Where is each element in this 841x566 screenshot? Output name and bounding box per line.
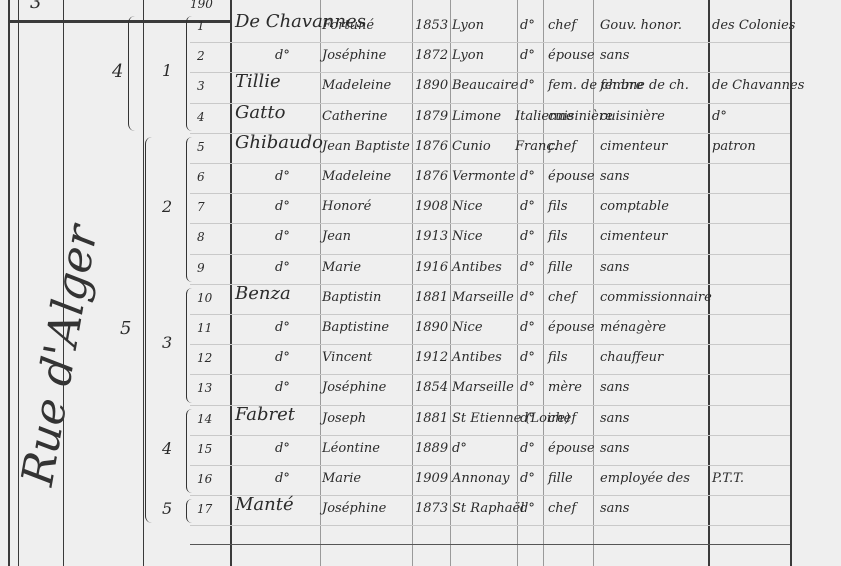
cell-surname: d° xyxy=(275,441,290,457)
column-rule xyxy=(18,0,19,566)
street-name: Rue d'Alger xyxy=(9,203,111,507)
cell-job: comptable xyxy=(600,199,669,215)
cell-rel: épouse xyxy=(548,48,595,64)
cell-first: Baptistin xyxy=(322,290,381,306)
cell-place: St Raphaël xyxy=(452,501,524,517)
cell-year: 1909 xyxy=(415,471,448,487)
row-rule xyxy=(190,374,790,375)
cell-first: Joseph xyxy=(322,411,366,427)
cell-employer: des Colonies xyxy=(712,18,795,34)
cell-rel: chef xyxy=(548,18,576,34)
cell-job: employée des xyxy=(600,471,690,487)
cell-place: Lyon xyxy=(452,48,484,64)
column-rule xyxy=(63,0,64,566)
cell-rel: chef xyxy=(548,139,576,155)
cell-first: Baptistine xyxy=(322,320,389,336)
cell-rel: chef xyxy=(548,290,576,306)
cell-job: sans xyxy=(600,169,629,185)
cell-first: Vincent xyxy=(322,350,372,366)
cell-surname: d° xyxy=(275,48,290,64)
cell-surname: d° xyxy=(275,471,290,487)
cell-year: 1873 xyxy=(415,501,448,517)
cell-nat: d° xyxy=(520,501,535,517)
cell-nat: d° xyxy=(520,229,535,245)
cell-year: 1854 xyxy=(415,380,448,396)
cell-job: sans xyxy=(600,501,629,517)
row-rule xyxy=(190,163,790,164)
cell-place: Nice xyxy=(452,229,483,245)
cell-year: 1890 xyxy=(415,78,448,94)
cell-place: Limone xyxy=(452,109,501,125)
cell-n: 7 xyxy=(197,199,205,215)
cell-nat: d° xyxy=(520,320,535,336)
cell-year: 1912 xyxy=(415,350,448,366)
cell-year: 1908 xyxy=(415,199,448,215)
cell-first: Madeleine xyxy=(322,78,391,94)
cell-surname: d° xyxy=(275,320,290,336)
cell-n: 17 xyxy=(197,501,212,517)
cell-job: sans xyxy=(600,411,629,427)
cell-rel: chef xyxy=(548,411,576,427)
cell-year: 1889 xyxy=(415,441,448,457)
house-number: 4 xyxy=(112,61,123,82)
cell-year: 1881 xyxy=(415,290,448,306)
cell-year: 1876 xyxy=(415,139,448,155)
cell-first: Catherine xyxy=(322,109,387,125)
cell-surname: d° xyxy=(275,380,290,396)
cell-employer: patron xyxy=(712,139,756,155)
cell-first: Marie xyxy=(322,471,361,487)
cell-nat: d° xyxy=(520,380,535,396)
household-brace xyxy=(186,499,192,523)
cell-n: 2 xyxy=(197,48,205,64)
cell-job: cimenteur xyxy=(600,229,667,245)
prev-house-no: 3 xyxy=(30,0,41,13)
cell-year: 1853 xyxy=(415,18,448,34)
cell-surname: d° xyxy=(275,169,290,185)
cell-n: 12 xyxy=(197,350,212,366)
cell-job: chauffeur xyxy=(600,350,663,366)
cell-nat: d° xyxy=(520,18,535,34)
cell-place: Nice xyxy=(452,320,483,336)
cell-place: d° xyxy=(452,441,467,457)
household-number: 2 xyxy=(162,197,172,216)
cell-place: Annonay xyxy=(452,471,509,487)
cell-rel: fils xyxy=(548,350,568,366)
row-rule xyxy=(190,193,790,194)
cell-employer: de Chavannes xyxy=(712,78,804,94)
cell-nat: d° xyxy=(520,411,535,427)
cell-place: Lyon xyxy=(452,18,484,34)
cell-rel: fille xyxy=(548,260,573,276)
cell-surname: d° xyxy=(275,260,290,276)
cell-surname: d° xyxy=(275,199,290,215)
cell-place: Antibes xyxy=(452,260,502,276)
cell-job: sans xyxy=(600,260,629,276)
cell-nat: d° xyxy=(520,48,535,64)
cell-nat: d° xyxy=(520,290,535,306)
row-rule xyxy=(190,435,790,436)
house-brace xyxy=(128,16,135,131)
cell-place: Marseille xyxy=(452,380,514,396)
row-rule xyxy=(190,223,790,224)
cell-nat: d° xyxy=(520,260,535,276)
cell-first: Honoré xyxy=(322,199,371,215)
row-rule xyxy=(190,344,790,345)
cell-job: cuisinière xyxy=(600,109,665,125)
cell-year: 1913 xyxy=(415,229,448,245)
cell-first: Jean xyxy=(322,229,351,245)
census-page: Rue d'Alger 31901De ChavannesFortuné1853… xyxy=(0,0,841,566)
cell-first: Madeleine xyxy=(322,169,391,185)
cell-surname: Gatto xyxy=(235,105,285,121)
cell-first: Jean Baptiste xyxy=(322,139,410,155)
cell-employer: P.T.T. xyxy=(712,471,744,487)
cell-year: 1872 xyxy=(415,48,448,64)
house-number: 5 xyxy=(120,318,131,339)
cell-rel: épouse xyxy=(548,320,595,336)
cell-job: cimenteur xyxy=(600,139,667,155)
cell-n: 9 xyxy=(197,260,205,276)
cell-year: 1879 xyxy=(415,109,448,125)
cell-job: commissionnaire xyxy=(600,290,712,306)
row-rule xyxy=(190,314,790,315)
row-rule xyxy=(190,254,790,255)
cell-place: Nice xyxy=(452,199,483,215)
cell-surname: d° xyxy=(275,229,290,245)
cell-n: 4 xyxy=(197,109,205,125)
household-brace xyxy=(186,16,192,131)
cell-surname: Tillie xyxy=(235,74,281,90)
row-rule xyxy=(190,42,790,43)
cell-rel: épouse xyxy=(548,169,595,185)
cell-nat: d° xyxy=(520,350,535,366)
cell-employer: d° xyxy=(712,109,727,125)
cell-n: 13 xyxy=(197,380,212,396)
row-rule xyxy=(190,465,790,466)
cell-rel: chef xyxy=(548,501,576,517)
house-brace xyxy=(145,137,152,524)
cell-job: sans xyxy=(600,380,629,396)
household-number: 1 xyxy=(162,61,172,80)
cell-first: Joséphine xyxy=(322,380,386,396)
cell-job: femme de ch. xyxy=(600,78,689,94)
cell-place: Antibes xyxy=(452,350,502,366)
household-brace xyxy=(186,409,192,494)
column-rule xyxy=(143,0,144,566)
cell-nat: d° xyxy=(520,471,535,487)
household-brace xyxy=(186,137,192,282)
cell-job: ménagère xyxy=(600,320,666,336)
cell-place: Cunio xyxy=(452,139,491,155)
cell-first: Fortuné xyxy=(322,18,374,34)
cell-first: Marie xyxy=(322,260,361,276)
cell-nat: d° xyxy=(520,441,535,457)
cell-surname: Ghibaudo xyxy=(235,135,323,151)
cell-place: Beaucaire xyxy=(452,78,518,94)
cell-rel: fils xyxy=(548,199,568,215)
prev-row-no: 190 xyxy=(190,0,213,12)
cell-n: 15 xyxy=(197,441,212,457)
cell-first: Léontine xyxy=(322,441,380,457)
cell-rel: fils xyxy=(548,229,568,245)
cell-n: 10 xyxy=(197,290,212,306)
cell-job: sans xyxy=(600,48,629,64)
cell-n: 16 xyxy=(197,471,212,487)
cell-n: 6 xyxy=(197,169,205,185)
cell-n: 3 xyxy=(197,78,205,94)
household-number: 3 xyxy=(162,333,172,352)
cell-place: Marseille xyxy=(452,290,514,306)
cell-first: Joséphine xyxy=(322,48,386,64)
cell-rel: mère xyxy=(548,380,582,396)
cell-rel: épouse xyxy=(548,441,595,457)
cell-place: Vermonte xyxy=(452,169,516,185)
cell-year: 1881 xyxy=(415,411,448,427)
cell-year: 1890 xyxy=(415,320,448,336)
cell-surname: Manté xyxy=(235,497,294,513)
cell-job: sans xyxy=(600,441,629,457)
cell-surname: Fabret xyxy=(235,407,295,423)
household-brace xyxy=(186,288,192,403)
cell-surname: d° xyxy=(275,350,290,366)
cell-n: 5 xyxy=(197,139,205,155)
household-number: 4 xyxy=(162,439,172,458)
column-rule xyxy=(8,0,10,566)
table-bottom-rule xyxy=(190,544,790,545)
cell-n: 8 xyxy=(197,229,205,245)
row-rule xyxy=(190,525,790,526)
cell-nat: d° xyxy=(520,78,535,94)
cell-rel: fille xyxy=(548,471,573,487)
cell-first: Joséphine xyxy=(322,501,386,517)
cell-job: Gouv. honor. xyxy=(600,18,682,34)
cell-n: 1 xyxy=(197,18,205,34)
cell-n: 14 xyxy=(197,411,212,427)
cell-year: 1916 xyxy=(415,260,448,276)
cell-year: 1876 xyxy=(415,169,448,185)
household-number: 5 xyxy=(162,499,172,518)
cell-n: 11 xyxy=(197,320,212,336)
cell-surname: Benza xyxy=(235,286,291,302)
cell-nat: d° xyxy=(520,199,535,215)
cell-nat: d° xyxy=(520,169,535,185)
